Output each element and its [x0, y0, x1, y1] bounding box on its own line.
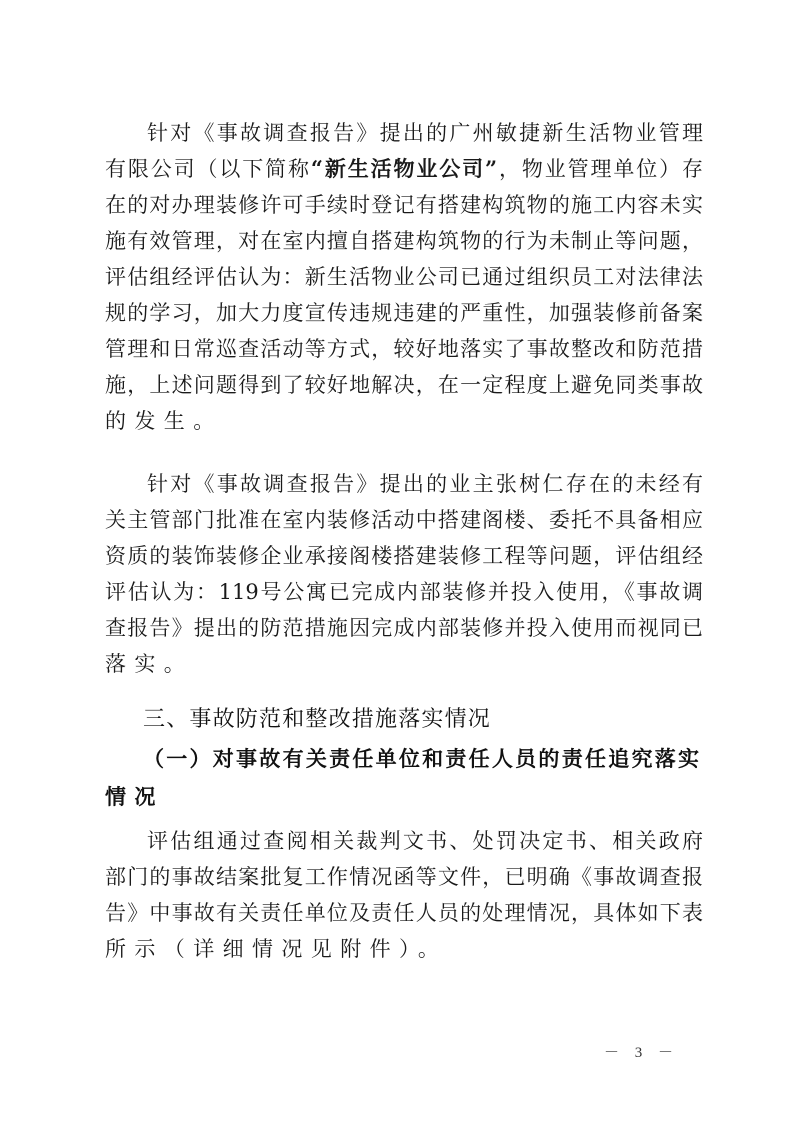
paragraph-line: 所示（详细情况见附件）。	[105, 935, 705, 963]
paragraph-line: 部门的事故结案批复工作情况函等文件，已明确《事故调查报	[105, 863, 703, 891]
bold-company-abbreviation: “新生活物业公司”	[311, 156, 497, 181]
paragraph-line: 的发生。	[105, 407, 705, 435]
paragraph-line: 有限公司（以下简称“新生活物业公司”，物业管理单位）存	[105, 155, 703, 183]
paragraph-line: 针对《事故调查报告》提出的业主张树仁存在的未经有	[147, 470, 703, 498]
paragraph-line: 关主管部门批准在室内装修活动中搭建阁楼、委托不具备相应	[105, 506, 703, 534]
subheading-line: （一）对事故有关责任单位和责任人员的责任追究落实	[143, 745, 699, 773]
paragraph-line: 管理和日常巡查活动等方式，较好地落实了事故整改和防范措	[105, 335, 703, 363]
paragraph-line: 施有效管理，对在室内擅自搭建构筑物的行为未制止等问题，	[105, 227, 703, 255]
paragraph-line: 针对《事故调查报告》提出的广州敏捷新生活物业管理	[147, 119, 703, 147]
document-page: 针对《事故调查报告》提出的广州敏捷新生活物业管理 有限公司（以下简称“新生活物业…	[0, 0, 794, 1123]
paragraph-line: 落实。	[105, 650, 705, 678]
paragraph-line: 评估组通过查阅相关裁判文书、处罚决定书、相关政府	[147, 827, 703, 855]
paragraph-line: 施，上述问题得到了较好地解决，在一定程度上避免同类事故	[105, 371, 703, 399]
text-segment: 有限公司（以下简称	[105, 157, 311, 181]
subheading-line: 情况	[105, 783, 705, 811]
paragraph-line: 资质的装饰装修企业承接阁楼搭建装修工程等问题，评估组经	[105, 542, 703, 570]
paragraph-line: 查报告》提出的防范措施因完成内部装修并投入使用而视同已	[105, 614, 703, 642]
paragraph-line: 评估认为：119号公寓已完成内部装修并投入使用，《事故调	[105, 578, 703, 606]
page-number: － 3 －	[604, 1041, 679, 1062]
section-heading: 三、事故防范和整改措施落实情况	[143, 706, 491, 734]
paragraph-line: 告》中事故有关责任单位及责任人员的处理情况，具体如下表	[105, 899, 703, 927]
paragraph-line: 规的学习，加大力度宣传违规违建的严重性，加强装修前备案	[105, 299, 703, 327]
paragraph-line: 评估组经评估认为：新生活物业公司已通过组织员工对法律法	[105, 263, 703, 291]
text-segment: ，物业管理单位）存	[497, 157, 703, 181]
paragraph-line: 在的对办理装修许可手续时登记有搭建构筑物的施工内容未实	[105, 191, 703, 219]
